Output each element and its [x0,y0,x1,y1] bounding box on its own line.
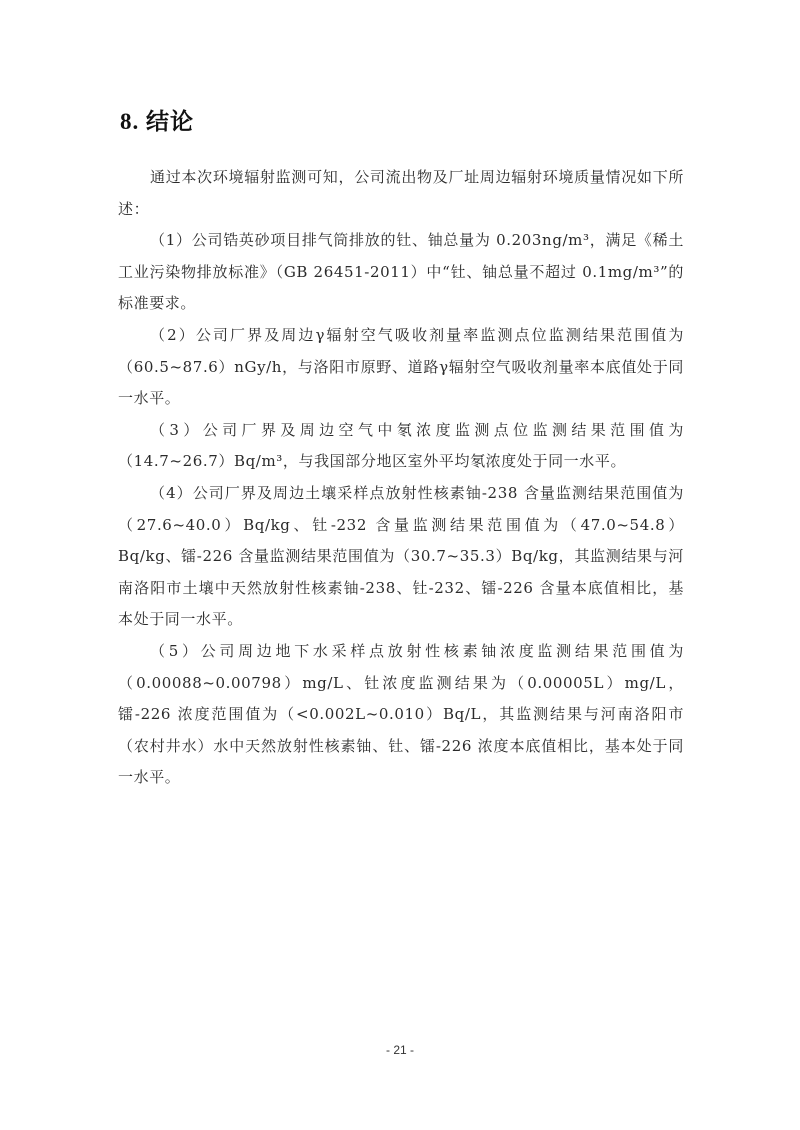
paragraph-item-5-groundwater-radionuclides: （5）公司周边地下水采样点放射性核素铀浓度监测结果范围值为（0.00088~0.… [118,636,684,794]
paragraph-intro: 通过本次环境辐射监测可知，公司流出物及厂址周边辐射环境质量情况如下所述： [118,162,684,225]
document-page: 8. 结论 通过本次环境辐射监测可知，公司流出物及厂址周边辐射环境质量情况如下所… [0,0,800,1130]
paragraph-item-1-exhaust-emission: （1）公司锆英砂项目排气筒排放的钍、铀总量为 0.203ng/m³，满足《稀土工… [118,225,684,320]
paragraph-item-4-soil-radionuclides: （4）公司厂界及周边土壤采样点放射性核素铀-238 含量监测结果范围值为（27.… [118,478,684,636]
section-heading: 8. 结论 [120,103,194,136]
conclusion-body: 通过本次环境辐射监测可知，公司流出物及厂址周边辐射环境质量情况如下所述： （1）… [118,162,684,794]
paragraph-item-2-gamma-dose-rate: （2）公司厂界及周边γ辐射空气吸收剂量率监测点位监测结果范围值为（60.5~87… [118,320,684,415]
page-number: - 21 - [0,1043,800,1057]
paragraph-item-3-radon-concentration: （3）公司厂界及周边空气中氡浓度监测点位监测结果范围值为（14.7~26.7）B… [118,415,684,478]
